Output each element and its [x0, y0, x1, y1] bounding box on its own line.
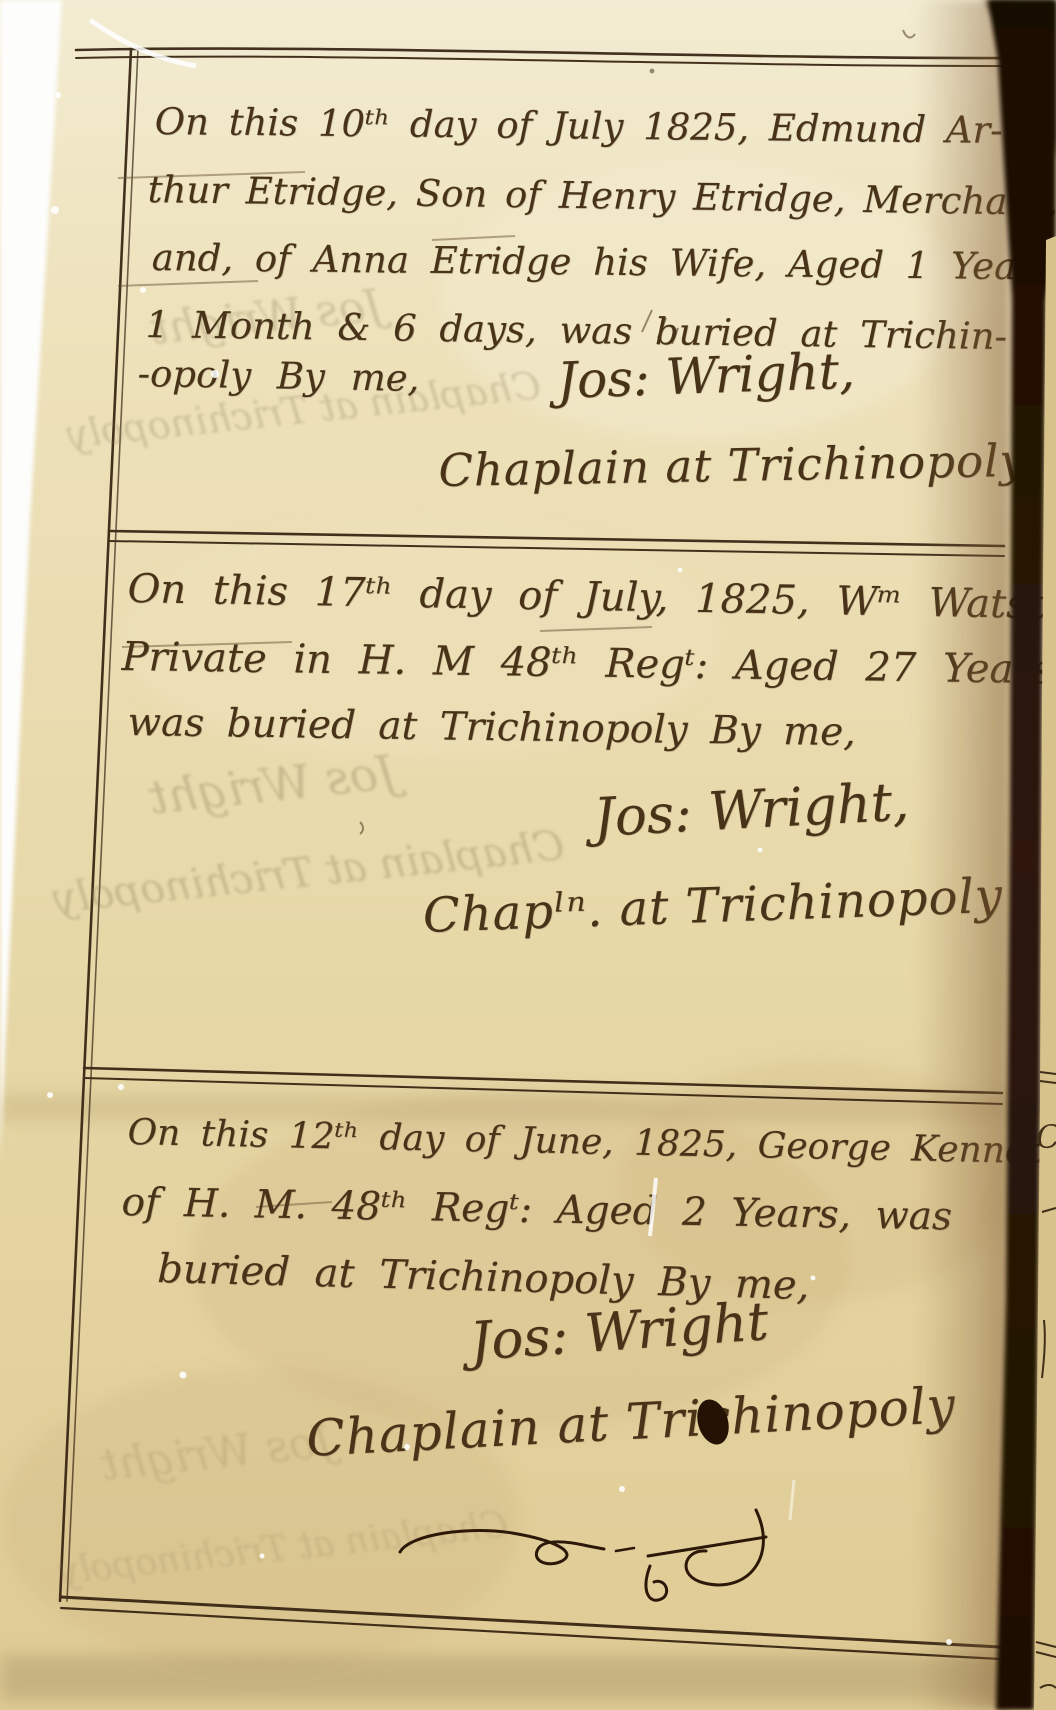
- ink-blot: [692, 1396, 734, 1448]
- dust-specks: [47, 92, 952, 1645]
- facing-page-text-fragment: C: [1036, 1118, 1056, 1156]
- page-curl-shading: [915, 0, 1010, 1710]
- flourish-swash: [400, 1510, 766, 1600]
- foreground-overlay-layer: [0, 0, 1056, 1710]
- scratch-marks: [90, 20, 794, 1520]
- scanned-register-photo: Jos Wright Chaplain at Trichinopoly Jos …: [0, 0, 1056, 1710]
